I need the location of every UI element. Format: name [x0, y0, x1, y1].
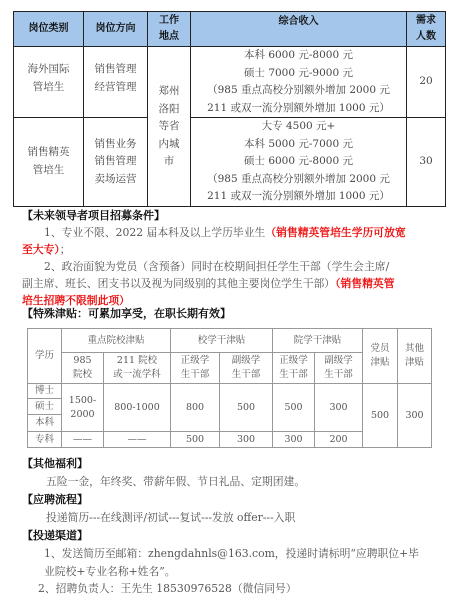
header-985: 985院校 [62, 353, 104, 384]
header-location: 工作地点 [148, 12, 191, 47]
value-college-major: 500 [273, 384, 315, 432]
value-school-minor-associate: 300 [220, 432, 273, 448]
process-text: 投递简历---在线测评/初试---复试---发放 offer---入职 [46, 509, 295, 526]
value-211: 800-1000 [104, 384, 171, 432]
channels-email-line-2: 业院校+专业名称+姓名”。 [44, 563, 176, 580]
value-school-minor: 500 [220, 384, 273, 432]
value-school-major: 800 [171, 384, 220, 432]
header-category: 岗位类别 [14, 12, 84, 47]
count-cell: 30 [407, 118, 446, 207]
header-key-school: 重点院校津贴 [62, 329, 171, 353]
header-direction: 岗位方向 [84, 12, 148, 47]
count-cell: 20 [407, 47, 446, 118]
direction-cell: 销售业务 销售管理 卖场运营 [84, 118, 148, 207]
header-211: 211 院校或一流学科 [104, 353, 171, 384]
channels-contact-line: 2、招聘负责人：王先生 18530976528（微信同号） [38, 580, 297, 597]
degree-doctor: 博士 [28, 384, 62, 399]
jobs-row-elite: 销售精英 管培生 销售业务 销售管理 卖场运营 大专 4500 元+ 本科 50… [14, 118, 446, 207]
value-985: 1500-2000 [62, 384, 104, 432]
conditions-item-2: 2、政治面貌为党员（含预备）同时在校期间担任学生干部（学生会主席/ 副主席、班长… [22, 258, 452, 309]
header-school-cadre: 校学干津贴 [171, 329, 273, 353]
benefits-text: 五险一金，年终奖、带薪年假、节日礼品、定期团建。 [46, 473, 305, 490]
header-school-major: 正级学生干部 [171, 353, 220, 384]
value-party: 500 [363, 384, 398, 448]
value-school-major-associate: 500 [171, 432, 220, 448]
jobs-header-row: 岗位类别 岗位方向 工作地点 综合收入 需求人数 [14, 12, 446, 47]
header-college-major: 正级学生干部 [273, 353, 315, 384]
value-college-minor-associate: 200 [315, 432, 363, 448]
degree-master: 硕士 [28, 399, 62, 415]
header-count: 需求人数 [407, 12, 446, 47]
income-cell: 本科 6000 元-8000 元 硕士 7000 元-9000 元 （985 重… [191, 47, 407, 118]
allowance-title: 【特殊津贴：可累加享受，在职长期有效】 [22, 305, 231, 321]
benefits-title: 【其他福利】 [22, 455, 88, 471]
allowance-row-doctor: 博士 1500-2000 800-1000 800 500 500 300 50… [28, 384, 432, 399]
value-985-associate: —— [62, 432, 104, 448]
location-cell: 郑州 洛阳 等省 内城 市 [148, 47, 191, 207]
degree-bachelor: 本科 [28, 415, 62, 432]
allowance-table: 学历 重点院校津贴 校学干津贴 院学干津贴 党员津贴 其他津贴 985院校 21… [27, 328, 432, 448]
header-school-minor: 副级学生干部 [220, 353, 273, 384]
category-cell: 销售精英 管培生 [14, 118, 84, 207]
conditions-title: 【未来领导者项目招募条件】 [22, 207, 165, 223]
jobs-row-overseas: 海外国际 管培生 销售管理 经营管理 郑州 洛阳 等省 内城 市 本科 6000… [14, 47, 446, 118]
value-other: 300 [398, 384, 432, 448]
degree-associate: 专科 [28, 432, 62, 448]
direction-cell: 销售管理 经营管理 [84, 47, 148, 118]
header-education: 学历 [28, 329, 62, 384]
header-college-minor: 副级学生干部 [315, 353, 363, 384]
value-college-major-associate: 300 [273, 432, 315, 448]
allowance-header-row-1: 学历 重点院校津贴 校学干津贴 院学干津贴 党员津贴 其他津贴 [28, 329, 432, 353]
jobs-table: 岗位类别 岗位方向 工作地点 综合收入 需求人数 海外国际 管培生 销售管理 经… [13, 11, 446, 207]
channels-title: 【投递渠道】 [22, 527, 88, 543]
header-party: 党员津贴 [363, 329, 398, 384]
category-cell: 海外国际 管培生 [14, 47, 84, 118]
header-income: 综合收入 [191, 12, 407, 47]
value-college-minor: 300 [315, 384, 363, 432]
income-cell: 大专 4500 元+ 本科 5000 元-7000 元 硕士 6000 元-80… [191, 118, 407, 207]
process-title: 【应聘流程】 [22, 491, 88, 507]
channels-email-line: 1、发送简历至邮箱：zhengdahnls@163.com，投递时请标明“应聘职… [44, 545, 419, 562]
header-college-cadre: 院学干津贴 [273, 329, 363, 353]
value-211-associate: —— [104, 432, 171, 448]
conditions-item-1: 1、专业不限、2022 届本科及以上学历毕业生（销售精英管培生学历可放宽 至大专… [22, 224, 452, 258]
header-other: 其他津贴 [398, 329, 432, 384]
